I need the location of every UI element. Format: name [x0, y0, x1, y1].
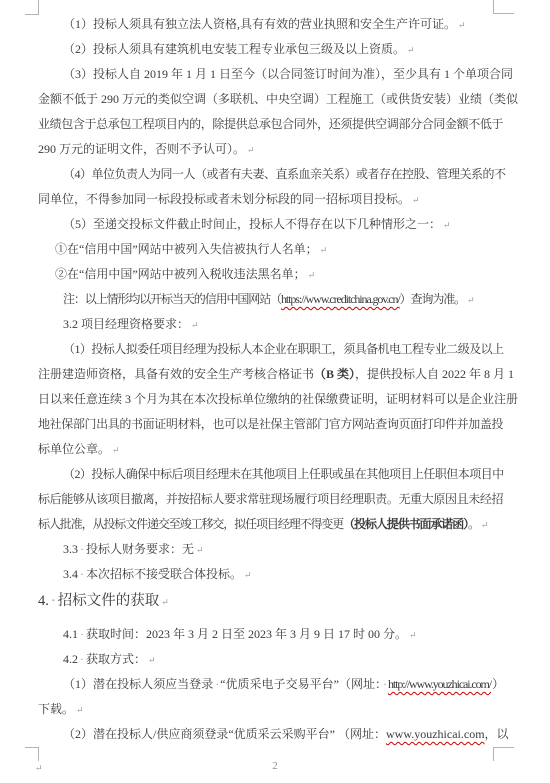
bold-text: （B 类）: [314, 367, 355, 381]
text-segment: ①在“信用中国”网站中被列入失信被执行人名单；: [55, 242, 318, 256]
paragraph-mark-icon: ↵: [412, 195, 420, 205]
text-line: 标后能够从该项目撤离，并按招标人要求常驻现场履行项目经理职责。无重大原因且未经招: [38, 487, 503, 512]
text-segment: 。: [468, 517, 479, 531]
text-segment: ②在“信用中国”网站中被列入税收违法黑名单；: [55, 267, 306, 281]
url-text: www.youzhicai.com: [386, 727, 485, 741]
text-segment: （2）投标人确保中标后项目经理未在其他项目上任职或虽在其他项目上任职但本项目中: [63, 467, 503, 481]
text-segment: 4.1: [63, 627, 78, 641]
text-segment: （4）单位负责人为同一人（或者有夫妻、直系血亲关系）或者存在控股、管理关系的不: [63, 167, 506, 181]
page-number: 2: [0, 758, 550, 774]
text-line: （2）投标人确保中标后项目经理未在其他项目上任职或虽在其他项目上任职但本项目中: [38, 462, 503, 487]
text-line: 地社保部门出具的书面证明材料，也可以是社保主管部门官方网站查询页面打印件并加盖投: [38, 412, 503, 437]
section-heading: 4.·招标文件的获取↵: [38, 589, 503, 614]
paragraph-mark-icon: ↵: [148, 655, 156, 665]
text-segment: 下载。: [38, 702, 74, 716]
text-segment: 4.2: [63, 652, 78, 666]
text-line: 标人批准，从投标文件递交至竣工移交，拟任项目经理不得变更（投标人提供书面承诺函）…: [38, 512, 503, 537]
text-line: 3.4·本次招标不接受联合体投标。↵: [38, 562, 503, 587]
document-page: { "page": { "number": "2" }, "colors": {…: [0, 0, 550, 783]
paragraph-mark-icon: ↵: [161, 597, 169, 607]
text-segment: 注：以上情形均以开标当天的信用中国网站（: [63, 292, 281, 306]
paragraph-mark-icon: ↵: [407, 45, 415, 55]
text-segment: （1）投标人须具有独立法人资格,具有有效的营业执照和安全生产许可证。: [63, 17, 456, 31]
bold-text: （投标人提供书面承诺函）: [343, 517, 468, 531]
text-segment: （3）投标人自 2019 年 1 月 1 日至今（以合同签订时间为准），至少具有…: [63, 67, 513, 81]
text-line: ①在“信用中国”网站中被列入失信被执行人名单；↵: [38, 237, 503, 262]
text-segment: 标单位公章。: [38, 442, 110, 456]
text-segment: 注册建造师资格，具备有效的安全生产考核合格证书: [38, 367, 314, 381]
text-segment: （2）投标人须具有建筑机电安装工程专业承包三级及以上资质。: [63, 42, 405, 56]
page-margin-mark-top-left: [25, 0, 39, 15]
text-line: 下载。↵: [38, 697, 503, 722]
text-segment: “优质采电子交易平台”（网址：: [220, 677, 381, 691]
text-line: （5）至递交投标文件截止时间止，投标人不得存在以下几种情形之一：↵: [38, 212, 503, 237]
space-mark: ·: [49, 593, 58, 609]
paragraph-mark-icon: ↵: [244, 570, 252, 580]
text-segment: （1）投标人拟委任项目经理为投标人本企业在职职工，须具备机电工程专业二级及以上: [63, 342, 503, 356]
text-segment: 3.2 项目经理资格要求：: [63, 317, 189, 331]
text-segment: （1）潜在投标人须应当登录: [63, 677, 213, 691]
text-segment: （5）至递交投标文件截止时间止，投标人不得存在以下几种情形之一：: [63, 217, 441, 231]
text-segment: 日以来任意连续 3 个月为其在本次投标单位缴纳的社保缴费证明，证明材料可以是企业…: [38, 392, 518, 406]
text-line: 金额不低于 290 万元的类似空调（多联机、中央空调）工程施工（或供货安装）业绩…: [38, 87, 503, 112]
text-segment: 业绩包含于总承包工程项目内的，除提供总承包合同外，还须提供空调部分合同金额不低于: [38, 117, 503, 131]
text-line: 3.3·投标人财务要求：无↵: [38, 537, 503, 562]
text-line: 业绩包含于总承包工程项目内的，除提供总承包合同外，还须提供空调部分合同金额不低于: [38, 112, 503, 137]
text-line: 4.2·获取方式：↵: [38, 647, 503, 672]
paragraph-mark-icon: ↵: [191, 320, 199, 330]
text-segment: ）查询为准。: [400, 292, 465, 306]
text-segment: 金额不低于 290 万元的类似空调（多联机、中央空调）工程施工（或供货安装）业绩…: [38, 92, 518, 106]
paragraph-mark-icon: ↵: [467, 295, 473, 305]
paragraph-mark-icon: ↵: [481, 520, 487, 530]
space-mark: ·: [381, 677, 388, 691]
paragraph-mark-icon: ↵: [247, 145, 255, 155]
text-line: （3）投标人自 2019 年 1 月 1 日至今（以合同签订时间为准），至少具有…: [38, 62, 503, 87]
paragraph-mark-icon: ↵: [308, 270, 316, 280]
paragraph-mark-icon: ↵: [409, 630, 417, 640]
text-segment: 本次招标不接受联合体投标。: [86, 567, 242, 581]
url-text: http://www.youzhicai.com/: [388, 677, 491, 691]
text-line: （2）潜在投标人/供应商须登录“优质采云采购平台” （网址：www.youzhi…: [38, 722, 503, 747]
text-line: （1）潜在投标人须应当登录·“优质采电子交易平台”（网址：·http://www…: [38, 672, 503, 697]
space-mark: ·: [78, 652, 86, 666]
text-body: （1）投标人须具有独立法人资格,具有有效的营业执照和安全生产许可证。↵（2）投标…: [38, 12, 503, 747]
text-segment: 投标人财务要求：无: [86, 542, 194, 556]
text-segment: 获取方式：: [86, 652, 146, 666]
text-line: 日以来任意连续 3 个月为其在本次投标单位缴纳的社保缴费证明，证明材料可以是企业…: [38, 387, 503, 412]
paragraph-mark-icon: ↵: [458, 20, 466, 30]
paragraph-mark-icon: ↵: [320, 245, 328, 255]
text-segment: ）: [491, 677, 503, 691]
text-segment: 290 万元的证明文件，否则不予认可）。: [38, 142, 245, 156]
text-segment: 招标文件的获取: [58, 593, 160, 609]
text-line: 290 万元的证明文件，否则不予认可）。↵: [38, 137, 503, 162]
space-mark: ·: [78, 627, 86, 641]
text-line: （1）投标人须具有独立法人资格,具有有效的营业执照和安全生产许可证。↵: [38, 12, 503, 37]
text-line: 3.2 项目经理资格要求：↵: [38, 312, 503, 337]
paragraph-mark-icon: ↵: [112, 445, 120, 455]
text-segment: ，提供投标人自 2022 年 8 月 1: [355, 367, 514, 381]
paragraph-mark-icon: ↵: [196, 545, 204, 555]
text-segment: 同单位，不得参加同一标段投标或者未划分标段的同一招标项目投标。: [38, 192, 410, 206]
text-line: 标单位公章。↵: [38, 437, 503, 462]
text-segment: 3.3: [63, 542, 78, 556]
text-line: 注册建造师资格，具备有效的安全生产考核合格证书（B 类），提供投标人自 2022…: [38, 362, 503, 387]
text-line: （4）单位负责人为同一人（或者有夫妻、直系血亲关系）或者存在控股、管理关系的不: [38, 162, 503, 187]
text-segment: 地社保部门出具的书面证明材料，也可以是社保主管部门官方网站查询页面打印件并加盖投: [38, 417, 503, 431]
text-segment: 3.4: [63, 567, 78, 581]
paragraph-mark-icon: ↵: [443, 220, 451, 230]
text-segment: 标人批准，从投标文件递交至竣工移交，拟任项目经理不得变更: [38, 517, 343, 531]
text-line: 4.1·获取时间：2023 年 3 月 2 日至 2023 年 3 月 9 日 …: [38, 622, 503, 647]
text-line: ②在“信用中国”网站中被列入税收违法黑名单；↵: [38, 262, 503, 287]
space-mark: ·: [78, 567, 86, 581]
url-text: https://www.creditchina.gov.cn/: [281, 292, 400, 306]
text-line: 注：以上情形均以开标当天的信用中国网站（https://www.creditch…: [38, 287, 503, 312]
text-line: （1）投标人拟委任项目经理为投标人本企业在职职工，须具备机电工程专业二级及以上: [38, 337, 503, 362]
text-line: （2）投标人须具有建筑机电安装工程专业承包三级及以上资质。↵: [38, 37, 503, 62]
text-segment: 标后能够从该项目撤离，并按招标人要求常驻现场履行项目经理职责。无重大原因且未经招: [38, 492, 503, 506]
text-line: 同单位，不得参加同一标段投标或者未划分标段的同一招标项目投标。↵: [38, 187, 503, 212]
text-segment: 4.: [38, 593, 49, 609]
text-segment: （2）潜在投标人/供应商须登录“优质采云采购平台” （网址：: [63, 727, 386, 741]
text-segment: 获取时间：2023 年 3 月 2 日至 2023 年 3 月 9 日 17 时…: [86, 627, 407, 641]
paragraph-mark-icon: ↵: [76, 705, 84, 715]
space-mark: ·: [78, 542, 86, 556]
text-segment: ，以: [485, 727, 509, 741]
